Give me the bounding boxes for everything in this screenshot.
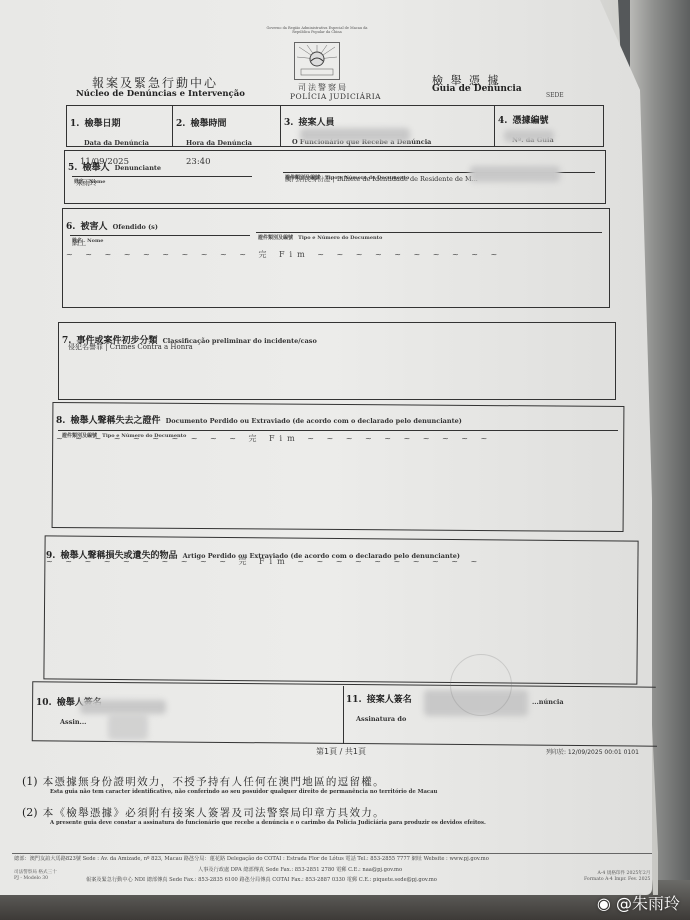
weibo-watermark: ◉ @朱雨玲 bbox=[597, 891, 680, 914]
format-code: A-4 規格印件 2025年2月Formato A-4 Impr. Fev. 2… bbox=[584, 871, 650, 883]
weibo-icon: ◉ bbox=[597, 894, 611, 913]
victim-name-value: 網上 bbox=[72, 238, 86, 248]
official-stamp bbox=[450, 654, 512, 716]
field-11-officer-signature: 11. 接案人簽名 Assinatura do bbox=[346, 687, 412, 725]
sede-label: SEDE bbox=[546, 92, 564, 99]
redacted-signature-mark bbox=[108, 714, 148, 740]
redacted-guide-number bbox=[504, 130, 554, 142]
complainant-doc-value: 澳門居民身份證 | Bilhete de Identidade de Resid… bbox=[285, 174, 478, 183]
government-caption: Governo da Região Administrativa Especia… bbox=[262, 26, 372, 34]
note-2: (2) 本《檢舉憑據》必須附有接案人簽署及司法警察局印章方具效力。 A pres… bbox=[22, 801, 642, 826]
form-code: 司法警察局 格式三十PJ - Modelo 30 bbox=[14, 870, 57, 882]
complainant-name-value: 朱雨玲 bbox=[76, 178, 97, 188]
lost-item-end-marker: ~ ~ ~ ~ ~ ~ ~ ~ ~ ~ 完 Fim ~ ~ ~ ~ ~ ~ ~ … bbox=[46, 556, 482, 567]
print-timestamp: 列印於: 12/09/2025 00:01 0101 bbox=[546, 747, 639, 756]
redacted-document-number bbox=[470, 166, 560, 182]
police-emblem bbox=[294, 42, 340, 80]
agency-name-pt: POLÍCIA JUDICIÁRIA bbox=[290, 92, 381, 101]
lost-document-end-marker: ~ ~ ~ ~ ~ ~ ~ ~ ~ ~ 完 Fim ~ ~ ~ ~ ~ ~ ~ … bbox=[56, 433, 492, 444]
office-title-pt: Núcleo de Denúncias e Intervenção bbox=[76, 89, 245, 99]
redacted-officer-name bbox=[300, 128, 410, 142]
watermark-username: @朱雨玲 bbox=[616, 894, 680, 913]
footer-address-line: 總部：澳門友誼大馬路823號 Sede : Av. da Amizade, nº… bbox=[14, 855, 489, 862]
officer-signature-caption-tail: ...núncia bbox=[532, 698, 564, 706]
note-1: (1) 本憑據無身份證明效力，不授予持有人任何在澳門地區的逗留權。 Esta g… bbox=[22, 770, 622, 795]
emblem-icon bbox=[295, 43, 339, 79]
victim-end-marker: ~ ~ ~ ~ ~ ~ ~ ~ ~ ~ 完 Fim ~ ~ ~ ~ ~ ~ ~ … bbox=[66, 249, 502, 260]
victim-doc-label: 證件類別及編號 Tipo e Número do Documento bbox=[258, 224, 382, 243]
footer-contact-line-2: 人事及行政處 DPA 總部傳真 Sede Fax.: 853-2851 2780… bbox=[198, 866, 402, 873]
footer-contact-line-3: 報案及緊急行動中心 NDI 總部傳真 Sede Fax.: 853-2835 6… bbox=[86, 876, 437, 883]
page-number: 第1頁 / 共1頁 bbox=[316, 746, 366, 757]
report-document: 報案及緊急行動中心 Núcleo de Denúncias e Interven… bbox=[0, 0, 652, 895]
redacted-complainant-signature bbox=[80, 700, 166, 714]
document-title-pt: Guia de Denúncia bbox=[432, 84, 522, 94]
classification-value: 侵犯名譽罪 | Crimes Contra a Honra bbox=[68, 342, 193, 352]
